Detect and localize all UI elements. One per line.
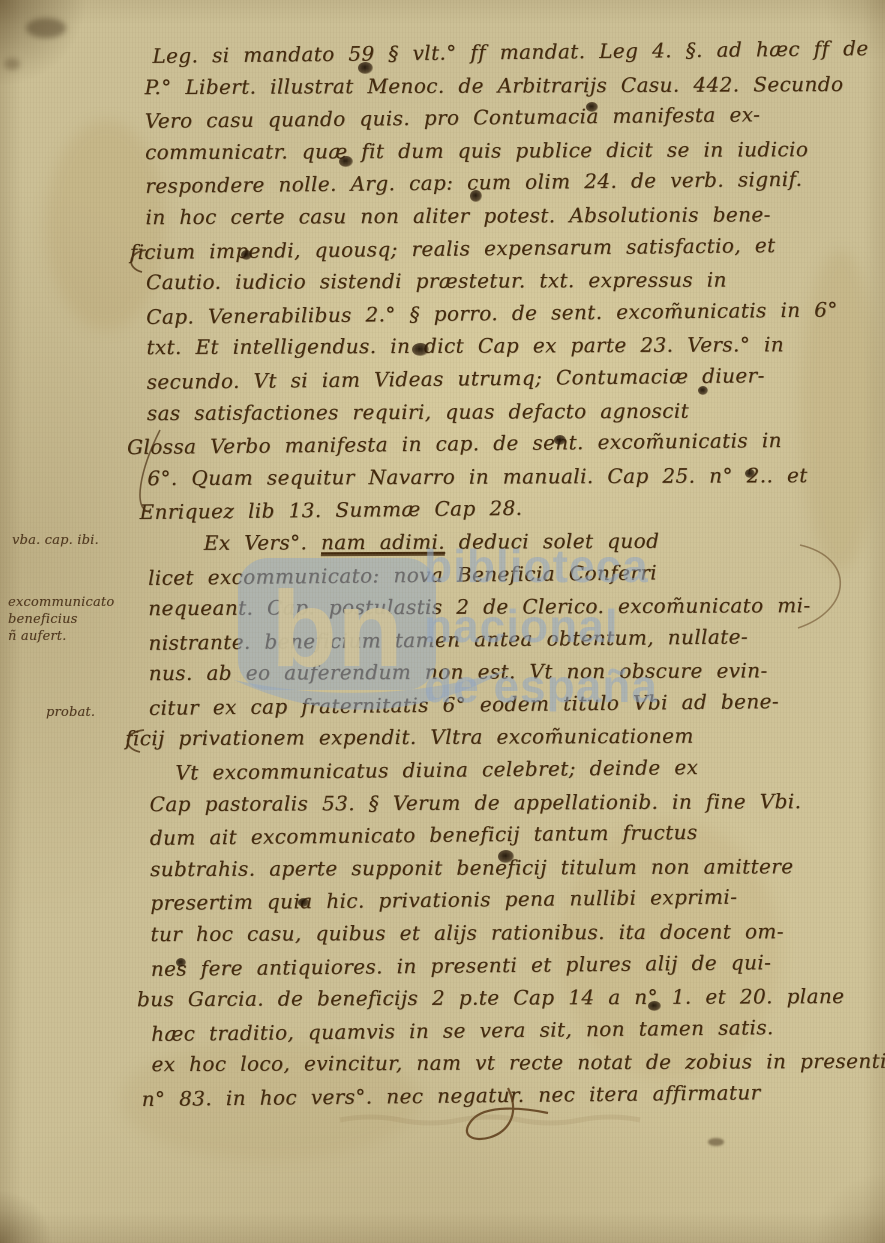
manuscript-line: dum ait excommunicato beneficij tantum f… — [150, 814, 874, 854]
manuscript-line: Glossa Verbo manifesta in cap. de sent. … — [127, 423, 871, 464]
underlined-phrase: nam adimi. — [321, 530, 445, 557]
manuscript-line: hæc traditio, quamvis in se vera sit, no… — [151, 1010, 875, 1050]
ink-blot — [176, 958, 186, 967]
ink-blot — [298, 898, 309, 907]
margin-note: excommunicato beneficius ñ aufert. — [8, 594, 188, 645]
ink-blot — [698, 386, 708, 395]
margin-note-line: ñ aufert. — [8, 628, 188, 645]
margin-note: probat. — [46, 704, 95, 721]
margin-note-line: excommunicato beneficius — [8, 594, 188, 628]
ink-blot — [554, 435, 566, 445]
corner-smudge — [4, 58, 20, 70]
show-through-scribble — [340, 1117, 640, 1123]
ink-blot — [358, 62, 373, 74]
manuscript-line: ficium impendi, quousq; realis expensaru… — [130, 228, 870, 269]
line-post: deduci solet quod — [445, 529, 659, 554]
ink-blot — [648, 1001, 661, 1011]
manuscript-line: respondere nolle. Arg. cap: cum olim 24.… — [145, 162, 869, 202]
ink-blot — [586, 102, 598, 112]
manuscript-page: Leg. si mandato 59 § vlt.° ff mandat. Le… — [0, 0, 885, 1243]
ink-blot — [745, 469, 755, 478]
manuscript-line: Leg. si mandato 59 § vlt.° ff mandat. Le… — [152, 32, 868, 72]
manuscript-line: Vero casu quando quis. pro Contumacia ma… — [145, 97, 869, 137]
manuscript-line: licet excommunicato: nova Beneficia Conf… — [148, 554, 872, 594]
margin-note-line: probat. — [46, 704, 95, 721]
ink-blot — [241, 250, 252, 260]
ink-blot — [339, 156, 353, 167]
manuscript-line: Vt excommunicatus diuina celebret; deind… — [175, 749, 873, 789]
ink-speck — [708, 1138, 724, 1146]
manuscript-line-underlined: Ex Vers°. nam adimi. deduci solet quod — [204, 524, 872, 560]
manuscript-line: secundo. Vt si iam Videas utrumq; Contum… — [146, 358, 870, 398]
manuscript-line: nes fere antiquiores. in presenti et plu… — [151, 945, 875, 985]
manuscript-line: Enriquez lib 13. Summæ Cap 28. — [139, 488, 871, 529]
ink-blot — [470, 190, 482, 202]
manuscript-line: n° 83. in hoc vers°. nec negatur. nec it… — [141, 1075, 875, 1116]
margin-note-line: vba. cap. ibi. — [12, 532, 99, 549]
ink-blot — [412, 343, 429, 356]
manuscript-line: presertim quia hic. privationis pena nul… — [150, 880, 874, 920]
margin-note: vba. cap. ibi. — [12, 532, 99, 549]
manuscript-text-block: Leg. si mandato 59 § vlt.° ff mandat. Le… — [144, 33, 875, 1114]
manuscript-line: Cap. Venerabilibus 2.° § porro. de sent.… — [146, 293, 870, 333]
ink-blot — [498, 850, 514, 863]
manuscript-line: citur ex cap fraternitatis 6° eodem titu… — [149, 684, 873, 724]
manuscript-line: nistrante. beneficium tamen antea obtent… — [148, 619, 872, 659]
corner-smudge — [26, 18, 66, 38]
line-pre: Ex Vers°. — [204, 530, 321, 555]
